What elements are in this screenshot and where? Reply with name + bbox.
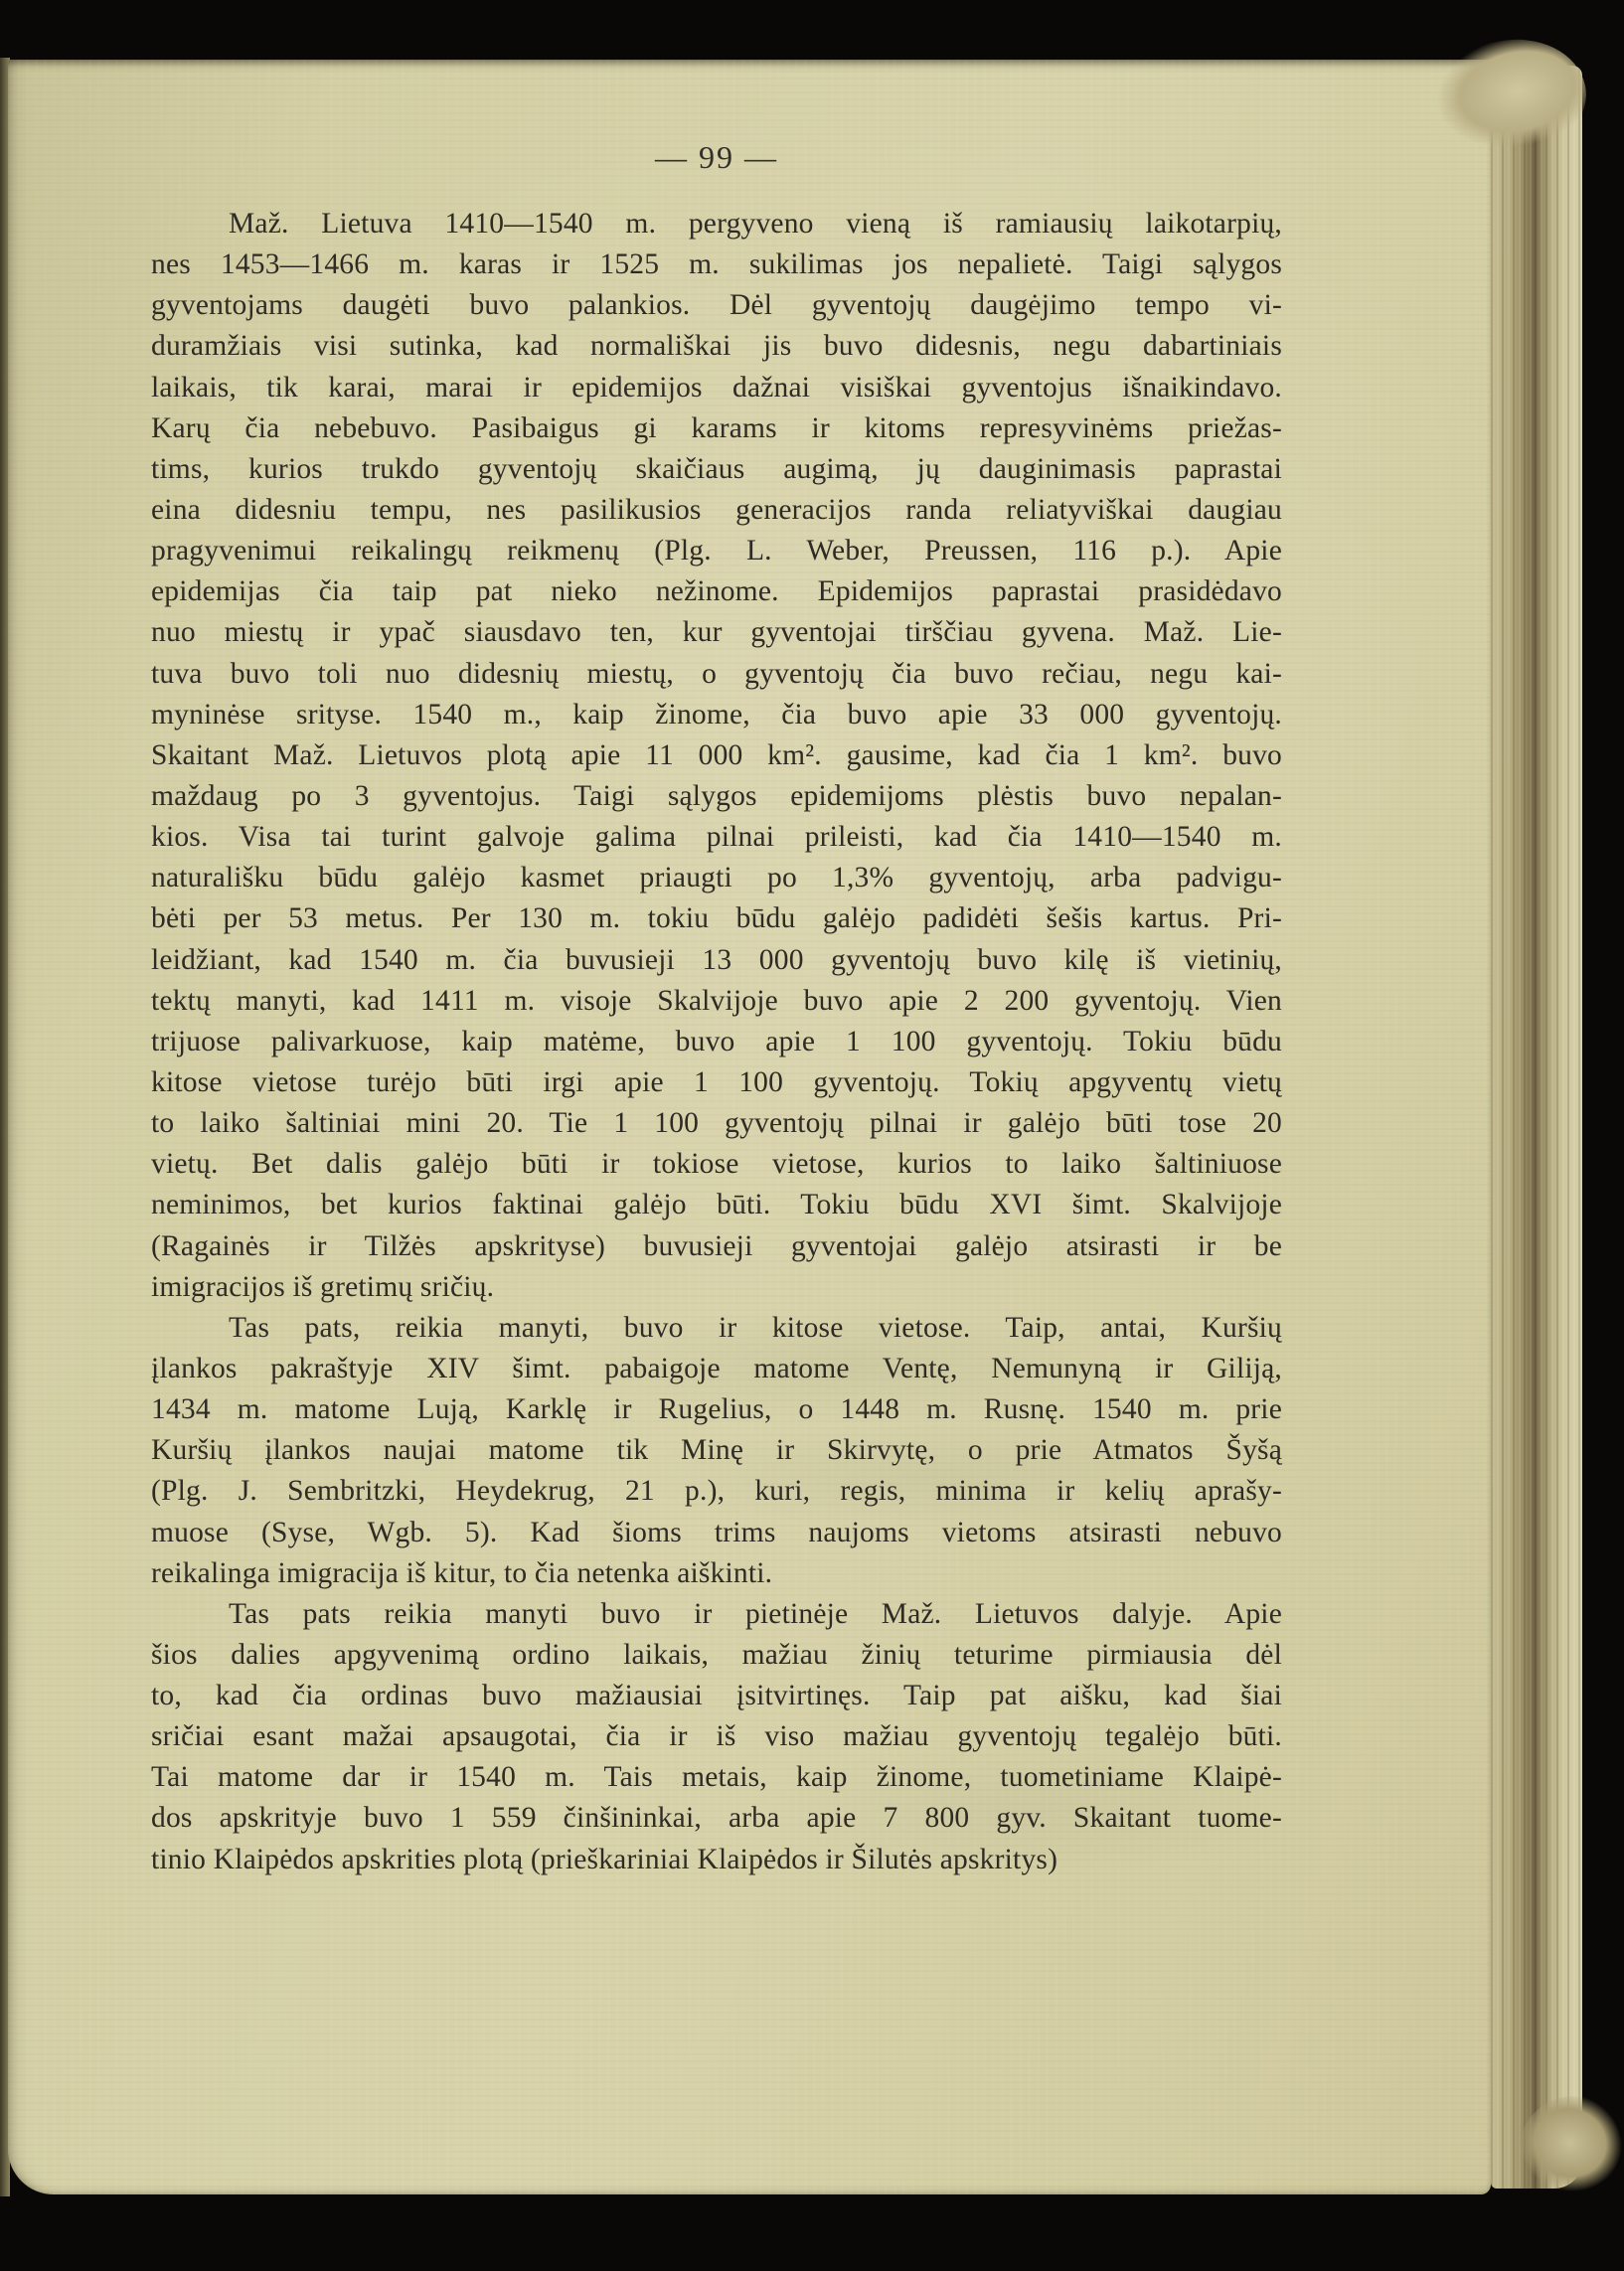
page-number: — 99 —	[151, 139, 1282, 176]
book-fore-edge	[1491, 66, 1582, 2189]
text-line: muose (Syse, Wgb. 5). Kad šioms trims na…	[151, 1513, 1282, 1553]
text-line: tinio Klaipėdos apskrities plotą (priešk…	[151, 1840, 1282, 1880]
text-line: gyventojams daugėti buvo palankios. Dėl …	[151, 285, 1282, 326]
text-line: trijuose palivarkuose, kaip matėme, buvo…	[151, 1022, 1282, 1062]
text-line: Tai matome dar ir 1540 m. Tais metais, k…	[151, 1757, 1282, 1798]
book-photo: — 99 — Maž. Lietuva 1410—1540 m. pergyve…	[0, 0, 1624, 2271]
text-line: myninėse srityse. 1540 m., kaip žinome, …	[151, 695, 1282, 735]
text-line: kitose vietose turėjo būti irgi apie 1 1…	[151, 1062, 1282, 1103]
text-line: Tas pats, reikia manyti, buvo ir kitose …	[151, 1308, 1282, 1349]
text-line: naturališku būdu galėjo kasmet priaugti …	[151, 858, 1282, 898]
text-line: dos apskrityje buvo 1 559 činšininkai, a…	[151, 1798, 1282, 1839]
text-line: tektų manyti, kad 1411 m. visoje Skalvij…	[151, 981, 1282, 1022]
text-line: neminimos, bet kurios faktinai galėjo bū…	[151, 1185, 1282, 1225]
text-line: bėti per 53 metus. Per 130 m. tokiu būdu…	[151, 898, 1282, 939]
text-line: (Ragainės ir Tilžės apskrityse) buvusiej…	[151, 1226, 1282, 1267]
text-line: nuo miestų ir ypač siausdavo ten, kur gy…	[151, 612, 1282, 653]
text-line: 1434 m. matome Lują, Karklę ir Rugelius,…	[151, 1389, 1282, 1430]
text-line: reikalinga imigracija iš kitur, to čia n…	[151, 1553, 1282, 1594]
paragraph: Tas pats reikia manyti buvo ir pietinėje…	[151, 1594, 1282, 1880]
text-line: Skaitant Maž. Lietuvos plotą apie 11 000…	[151, 735, 1282, 776]
text-line: pragyvenimui reikalingų reikmenų (Plg. L…	[151, 531, 1282, 571]
text-line: to laiko šaltiniai mini 20. Tie 1 100 gy…	[151, 1103, 1282, 1144]
page-text: Maž. Lietuva 1410—1540 m. pergyveno vien…	[151, 204, 1282, 1880]
text-line: duramžiais visi sutinka, kad normališkai…	[151, 326, 1282, 367]
text-line: nes 1453—1466 m. karas ir 1525 m. sukili…	[151, 244, 1282, 285]
text-line: (Plg. J. Sembritzki, Heydekrug, 21 p.), …	[151, 1471, 1282, 1512]
text-line: tims, kurios trukdo gyventojų skaičiaus …	[151, 449, 1282, 490]
text-line: Maž. Lietuva 1410—1540 m. pergyveno vien…	[151, 204, 1282, 244]
paragraph: Tas pats, reikia manyti, buvo ir kitose …	[151, 1308, 1282, 1594]
text-line: vietų. Bet dalis galėjo būti ir tokiose …	[151, 1144, 1282, 1185]
paragraph: Maž. Lietuva 1410—1540 m. pergyveno vien…	[151, 204, 1282, 1308]
text-line: imigracijos iš gretimų sričių.	[151, 1267, 1282, 1308]
text-line: maždaug po 3 gyventojus. Taigi sąlygos e…	[151, 776, 1282, 817]
text-line: to, kad čia ordinas buvo mažiausiai įsit…	[151, 1676, 1282, 1716]
text-line: Karų čia nebebuvo. Pasibaigus gi karams …	[151, 408, 1282, 449]
text-line: Tas pats reikia manyti buvo ir pietinėje…	[151, 1594, 1282, 1635]
text-line: epidemijas čia taip pat nieko nežinome. …	[151, 571, 1282, 612]
text-line: šios dalies apgyvenimą ordino laikais, m…	[151, 1635, 1282, 1676]
text-line: laikais, tik karai, marai ir epidemijos …	[151, 368, 1282, 408]
text-line: Kuršių įlankos naujai matome tik Minę ir…	[151, 1430, 1282, 1471]
text-line: sričiai esant mažai apsaugotai, čia ir i…	[151, 1716, 1282, 1757]
text-line: tuva buvo toli nuo didesnių miestų, o gy…	[151, 654, 1282, 695]
text-line: kios. Visa tai turint galvoje galima pil…	[151, 817, 1282, 858]
text-line: leidžiant, kad 1540 m. čia buvusieji 13 …	[151, 940, 1282, 981]
text-line: įlankos pakraštyje XIV šimt. pabaigoje m…	[151, 1349, 1282, 1389]
text-line: eina didesniu tempu, nes pasilikusios ge…	[151, 490, 1282, 531]
